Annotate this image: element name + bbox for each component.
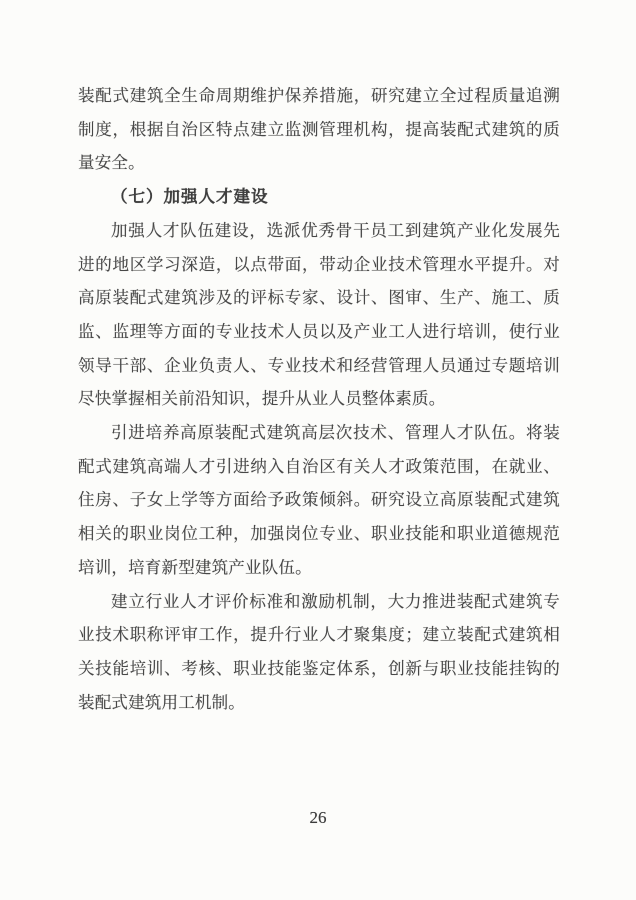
paragraph-talent-team-building: 加强人才队伍建设，选派优秀骨干员工到建筑产业化发展先进的地区学习深造，以点带面，… [78,214,560,416]
paragraph-talent-introduction: 引进培养高原装配式建筑高层次技术、管理人才队伍。将装配式建筑高端人才引进纳入自治… [78,416,560,585]
page-number: 26 [0,808,636,828]
section-heading-talent-development: （七）加强人才建设 [78,180,560,214]
document-page: 装配式建筑全生命周期维护保养措施，研究建立全过程质量追溯制度，根据自治区特点建立… [0,0,636,900]
paragraph-quality-traceability: 装配式建筑全生命周期维护保养措施，研究建立全过程质量追溯制度，根据自治区特点建立… [78,79,560,180]
document-body: 装配式建筑全生命周期维护保养措施，研究建立全过程质量追溯制度，根据自治区特点建立… [78,79,560,719]
paragraph-talent-evaluation-mechanism: 建立行业人才评价标准和激励机制，大力推进装配式建筑专业技术职称评审工作，提升行业… [78,585,560,720]
